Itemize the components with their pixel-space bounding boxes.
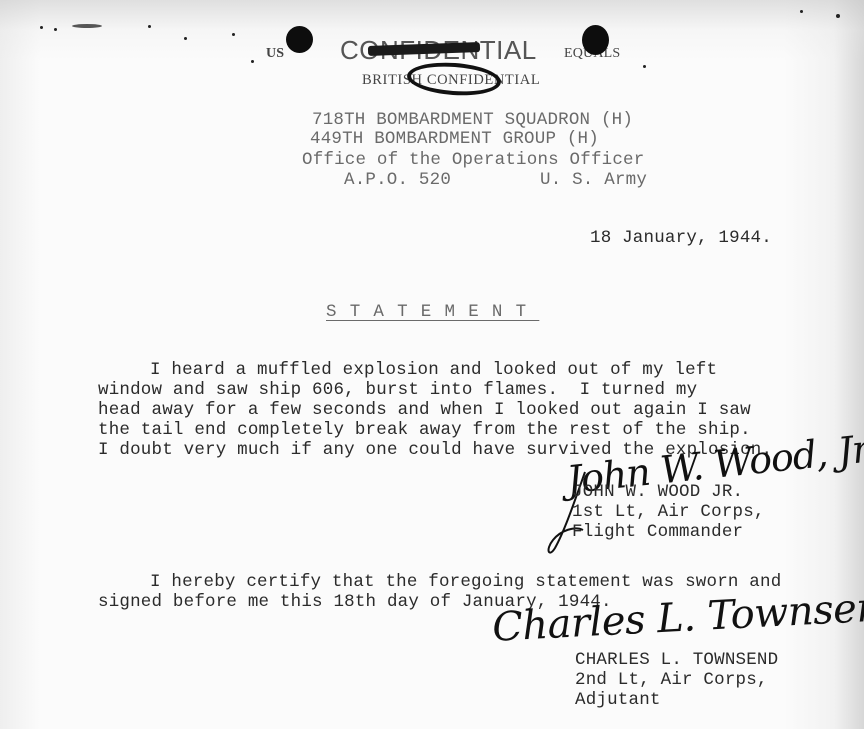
signatory-1-rank: 1st Lt, Air Corps,: [572, 502, 765, 522]
ink-blot: [582, 25, 609, 55]
hand-drawn-oval: [406, 60, 502, 98]
ink-blot: [286, 26, 313, 53]
signatory-2-name: CHARLES L. TOWNSEND: [575, 650, 778, 670]
scan-speck: [251, 60, 254, 63]
statement-line: the tail end completely break away from …: [98, 420, 751, 440]
scan-speck: [184, 37, 187, 40]
signatory-2-rank: 2nd Lt, Air Corps,: [575, 670, 768, 690]
scan-speck: [40, 26, 43, 29]
certification-line: I hereby certify that the foregoing stat…: [150, 572, 781, 592]
statement-line: head away for a few seconds and when I l…: [98, 400, 751, 420]
scan-speck: [800, 10, 803, 13]
classification-us-mark: US: [266, 44, 284, 64]
document-page: US CONFIDENTIAL EQUALS BRITISH CONFIDENT…: [0, 0, 864, 729]
letterhead-army: U. S. Army: [540, 170, 647, 190]
letterhead-office: Office of the Operations Officer: [302, 150, 644, 170]
statement-line: I heard a muffled explosion and looked o…: [150, 360, 717, 380]
letterhead-apo: A.P.O. 520: [344, 170, 451, 190]
scan-speck: [72, 24, 102, 28]
letterhead-squadron: 718TH BOMBARDMENT SQUADRON (H): [312, 110, 633, 130]
scan-speck: [643, 65, 646, 68]
document-date: 18 January, 1944.: [590, 228, 772, 248]
letterhead-group: 449TH BOMBARDMENT GROUP (H): [310, 129, 599, 149]
signatory-1-name: JOHN W. WOOD JR.: [572, 482, 743, 502]
signatory-2-position: Adjutant: [575, 690, 661, 710]
statement-line: window and saw ship 606, burst into flam…: [98, 380, 697, 400]
scan-speck: [54, 28, 57, 31]
scan-speck: [148, 25, 151, 28]
signatory-1-position: Flight Commander: [572, 522, 743, 542]
document-title: STATEMENT: [326, 302, 539, 322]
scan-speck: [836, 14, 840, 18]
scan-speck: [232, 33, 235, 36]
